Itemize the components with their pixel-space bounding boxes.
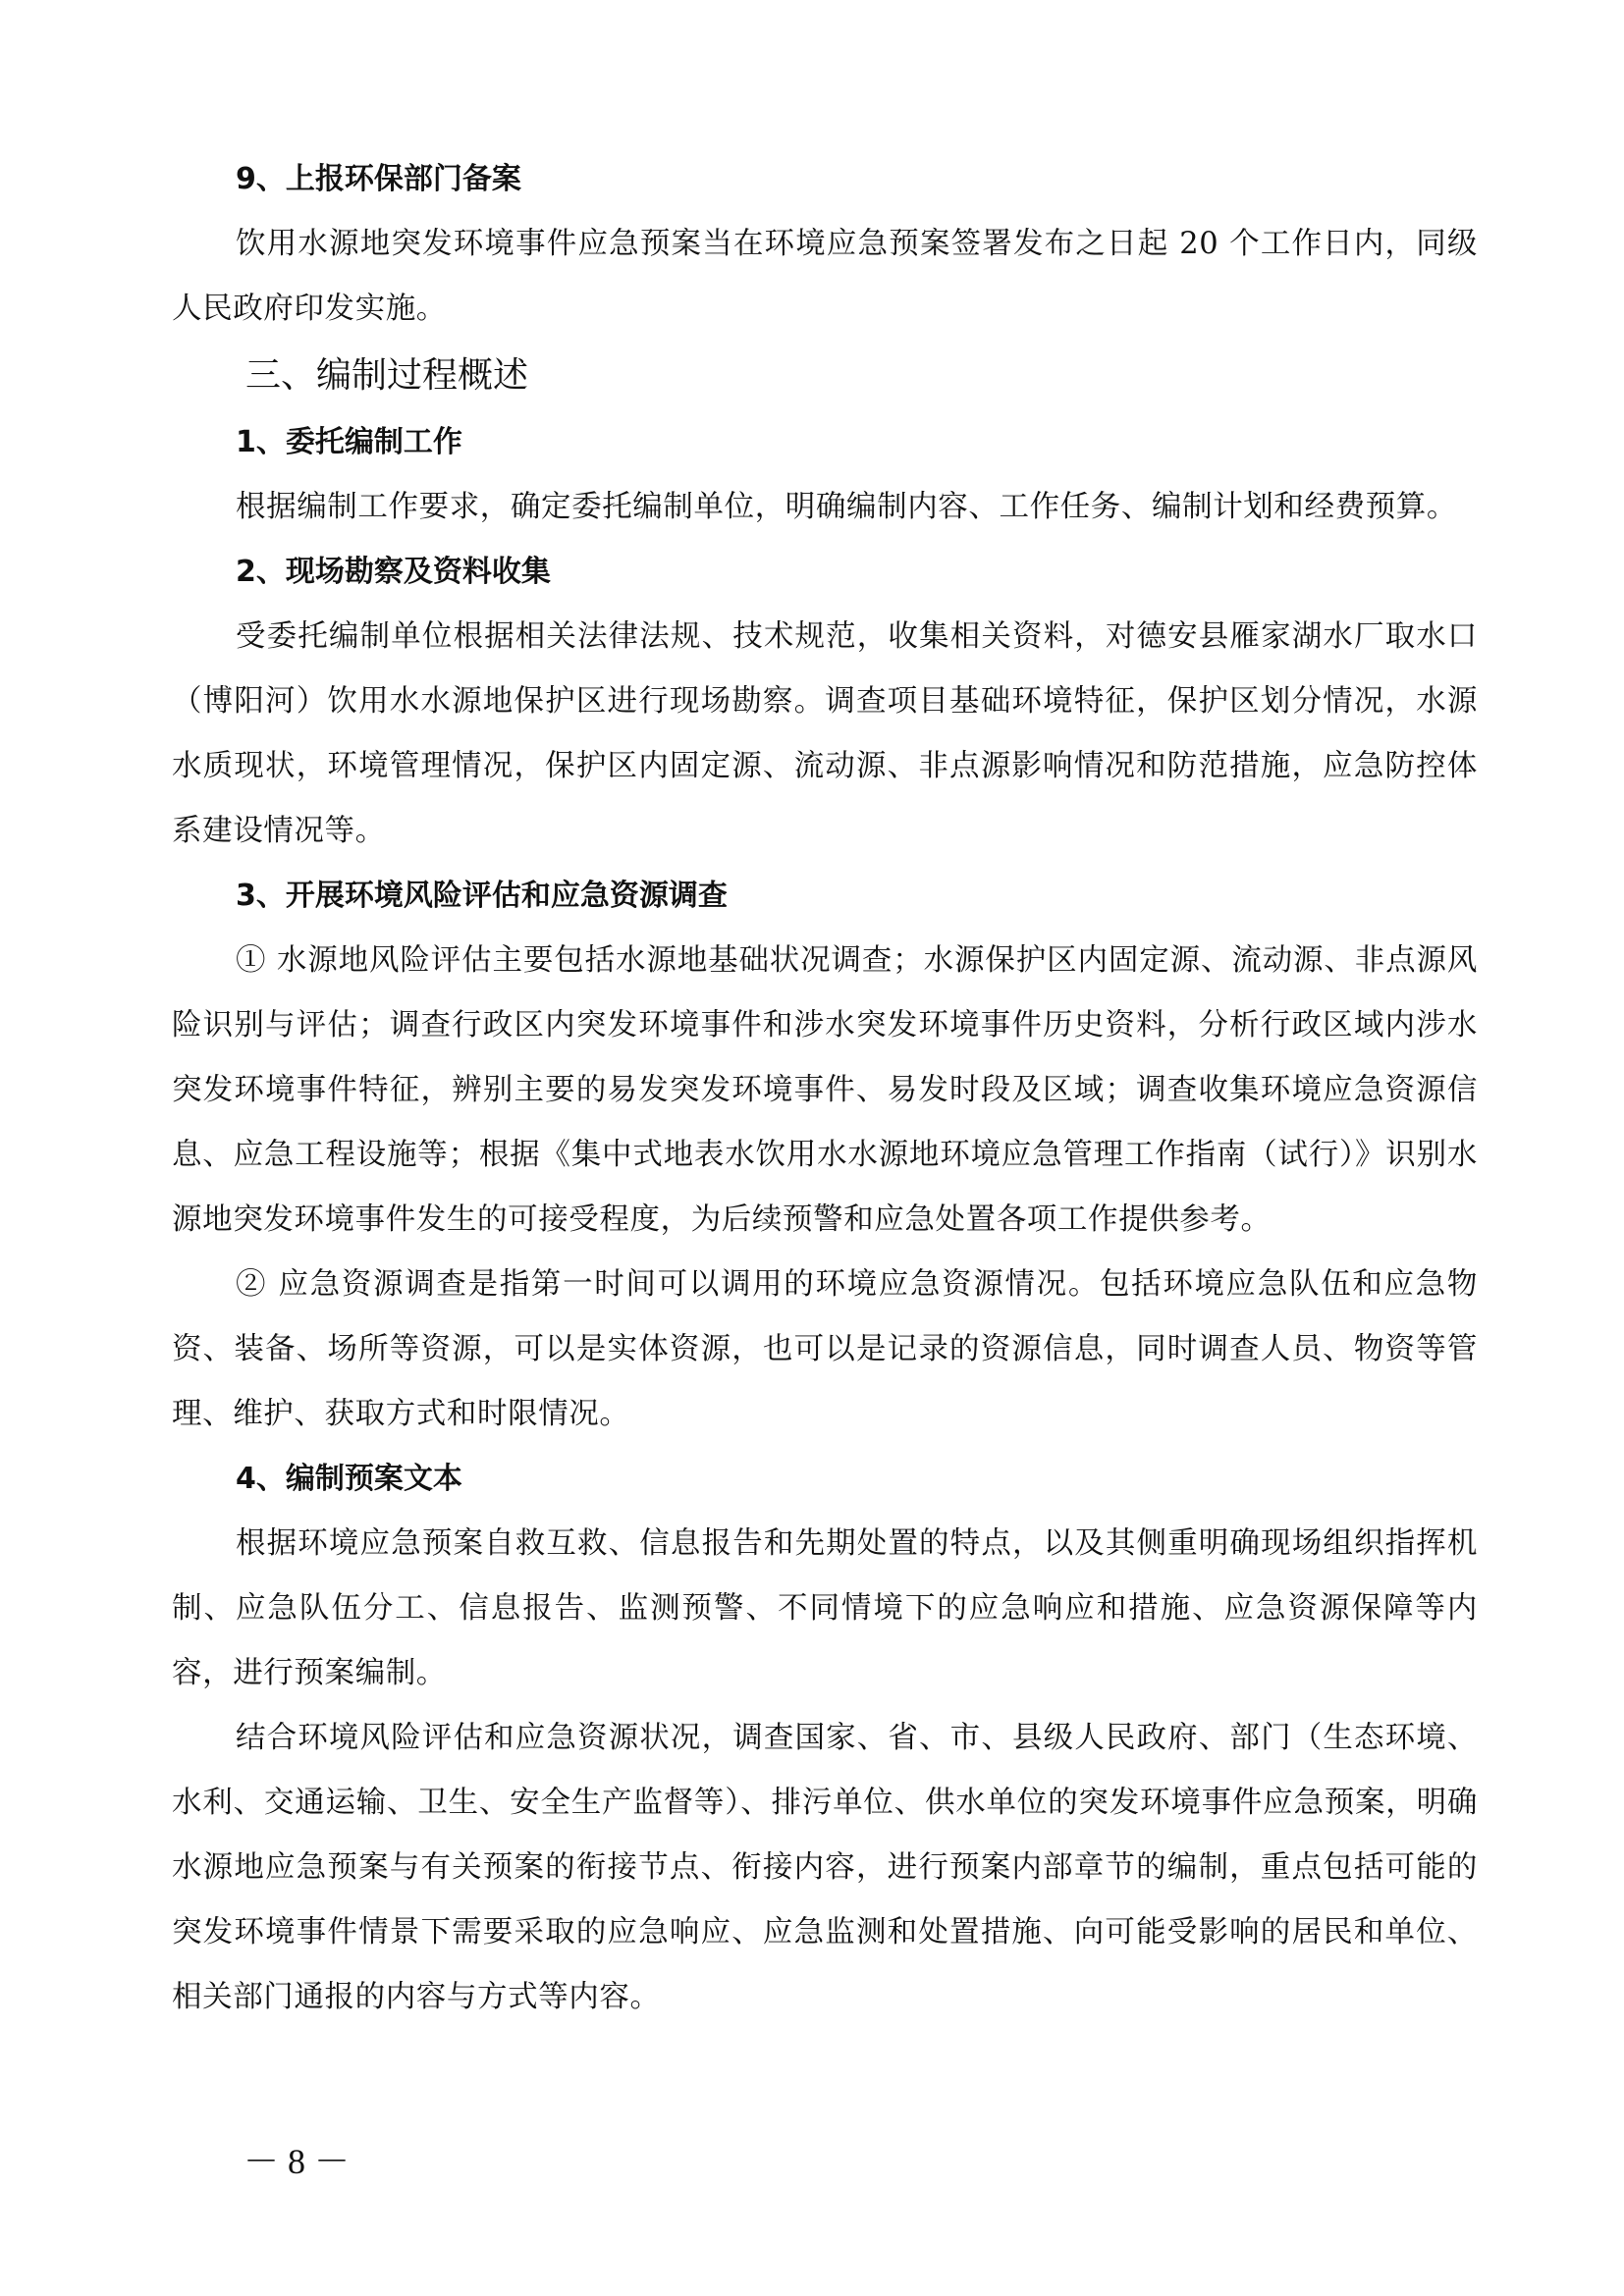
- paragraph-site-survey: 受委托编制单位根据相关法律法规、技术规范，收集相关资料，对德安县雁家湖水厂取水口…: [172, 605, 1478, 864]
- heading-4-compile-plan-text: 4、编制预案文本: [172, 1447, 1478, 1512]
- paragraph-risk-assessment-1: ① 水源地风险评估主要包括水源地基础状况调查；水源保护区内固定源、流动源、非点源…: [172, 929, 1478, 1253]
- paragraph-compile-plan-1: 根据环境应急预案自救互救、信息报告和先期处置的特点，以及其侧重明确现场组织指挥机…: [172, 1512, 1478, 1706]
- heading-2-site-survey: 2、现场勘察及资料收集: [172, 540, 1478, 605]
- paragraph-report-to-env-dept: 饮用水源地突发环境事件应急预案当在环境应急预案签署发布之日起 20 个工作日内，…: [172, 212, 1478, 342]
- heading-1-commission-work: 1、委托编制工作: [172, 410, 1478, 475]
- page-number: － 8 －: [244, 2142, 350, 2181]
- paragraph-compile-plan-2: 结合环境风险评估和应急资源状况，调查国家、省、市、县级人民政府、部门（生态环境、…: [172, 1706, 1478, 2030]
- heading-3-risk-assessment: 3、开展环境风险评估和应急资源调查: [172, 864, 1478, 929]
- document-page: 9、上报环保部门备案 饮用水源地突发环境事件应急预案当在环境应急预案签署发布之日…: [172, 147, 1478, 2030]
- heading-section-3-process-overview: 三、编制过程概述: [172, 342, 1478, 410]
- paragraph-commission-work: 根据编制工作要求，确定委托编制单位，明确编制内容、工作任务、编制计划和经费预算。: [172, 475, 1478, 540]
- heading-9-report-to-env-dept: 9、上报环保部门备案: [172, 147, 1478, 212]
- paragraph-risk-assessment-2: ② 应急资源调查是指第一时间可以调用的环境应急资源情况。包括环境应急队伍和应急物…: [172, 1253, 1478, 1447]
